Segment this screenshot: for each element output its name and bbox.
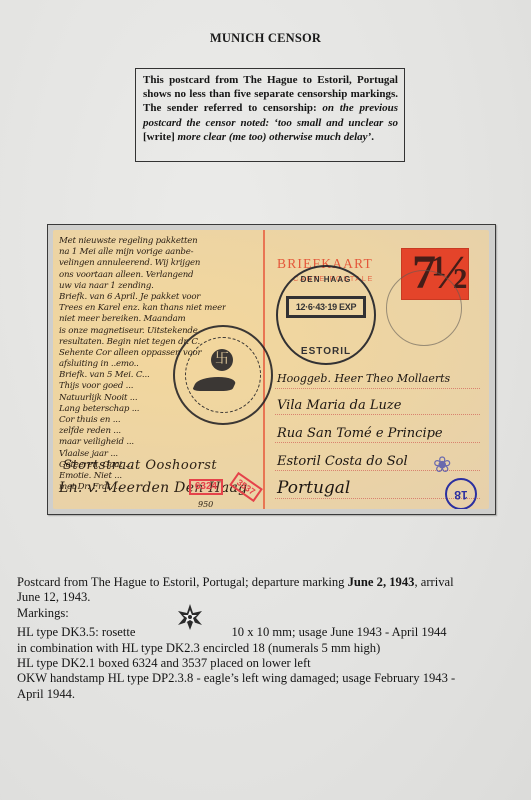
sender-number: 950 (198, 500, 213, 509)
eagle-emblem-icon: 卐 (211, 349, 233, 371)
rosette-wrap (135, 621, 231, 636)
address-line: Vila Maria da Luze (277, 398, 401, 413)
description-line-8: April 1944. (17, 687, 531, 702)
postmark-top-text: DEN HAAG (278, 275, 374, 284)
message-line: velingen annuleerend. Wij krijgen (59, 258, 226, 269)
message-line: maar veiligheid ... (59, 437, 226, 448)
departure-postmark: DEN HAAG 12·6·43·19 EXP ESTORIL (276, 265, 376, 365)
info-text-end: . (371, 131, 374, 143)
censor-box-3537: 3537 (229, 472, 263, 502)
message-line: Briefk. van 6 April. Je pakket voor (59, 292, 226, 303)
description: Postcard from The Hague to Estoril, Port… (17, 575, 531, 702)
description-line-2: June 12, 1943. (17, 590, 531, 605)
encircled-censor-number: 18 (445, 478, 477, 509)
description-line-1: Postcard from The Hague to Estoril, Port… (17, 575, 531, 590)
description-text: Postcard from The Hague to Estoril, Port… (17, 575, 348, 589)
address-line: Hooggeb. Heer Theo Mollaerts (277, 372, 450, 385)
address-rule (275, 442, 480, 443)
postmark-date: 12·6·43·19 EXP (286, 296, 366, 318)
address-line: Estoril Costa do Sol (277, 454, 408, 469)
departure-date: June 2, 1943 (348, 575, 415, 589)
rosette-censor-mark-icon: ❀ (433, 452, 451, 478)
message-line: ons voortaan alleen. Verlangend (59, 270, 226, 281)
info-text-bracket: [write] (143, 131, 175, 143)
censor-box-6324: 6324 (189, 479, 223, 495)
description-line-3: Markings: (17, 606, 531, 621)
address-line: Rua San Tomé e Principe (277, 426, 443, 441)
message-line: uw via naar 1 zending. (59, 281, 226, 292)
description-text: , arrival (414, 575, 453, 589)
description-line-7: OKW handstamp HL type DP2.3.8 - eagle’s … (17, 671, 531, 686)
page-title: MUNICH CENSOR (0, 31, 531, 46)
address-line: Portugal (277, 478, 350, 498)
message-line: zelfde reden ... (59, 426, 226, 437)
info-box: This postcard from The Hague to Estoril,… (135, 68, 405, 162)
rosette-icon (176, 603, 204, 631)
arrival-postmark (386, 270, 462, 346)
description-line-6: HL type DK2.1 boxed 6324 and 3537 placed… (17, 656, 531, 671)
description-line-5: in combination with HL type DK2.3 encirc… (17, 641, 531, 656)
info-text-quote-2: more clear (me too) otherwise much delay… (175, 131, 371, 143)
description-line-4: HL type DK3.5: rosette 10 x 10 mm; usage… (17, 621, 531, 640)
message-line: niet meer bereiken. Maandam (59, 314, 226, 325)
message-line: Met nieuwste regeling pakketten (59, 236, 226, 247)
okw-censor-stamp: 卐 (173, 325, 273, 425)
address-rule (275, 414, 480, 415)
description-text: 10 x 10 mm; usage June 1943 - April 1944 (231, 625, 446, 639)
description-text: HL type DK3.5: rosette (17, 625, 135, 639)
message-line: Trees en Karel enz. kan thans niet meer (59, 303, 226, 314)
postcard: Met nieuwste regeling pakkettenna 1 Mei … (53, 230, 489, 509)
address-rule (275, 388, 480, 389)
message-line: na 1 Mei alle mijn vorige aanbe- (59, 247, 226, 258)
postmark-bottom-text: ESTORIL (278, 346, 374, 357)
sender-line-1: Stortstraat Ooshoorst (63, 458, 217, 473)
